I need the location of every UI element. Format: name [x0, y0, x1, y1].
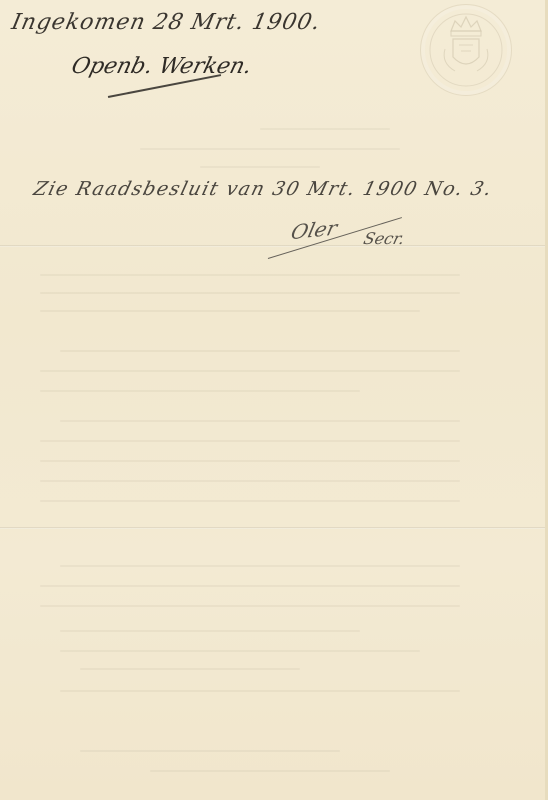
- bleed-through-text: [0, 0, 548, 800]
- fold-line-upper: [0, 245, 545, 247]
- embossed-seal-icon: [420, 4, 512, 96]
- department-heading: Openb. Werken.: [69, 54, 254, 79]
- fold-line-lower: [0, 527, 545, 529]
- received-date-line: Ingekomen 28 Mrt. 1900.: [9, 10, 323, 35]
- signature-title: Secr.: [362, 229, 407, 248]
- reference-note: Zie Raadsbesluit van 30 Mrt. 1900 No. 3.: [31, 178, 495, 200]
